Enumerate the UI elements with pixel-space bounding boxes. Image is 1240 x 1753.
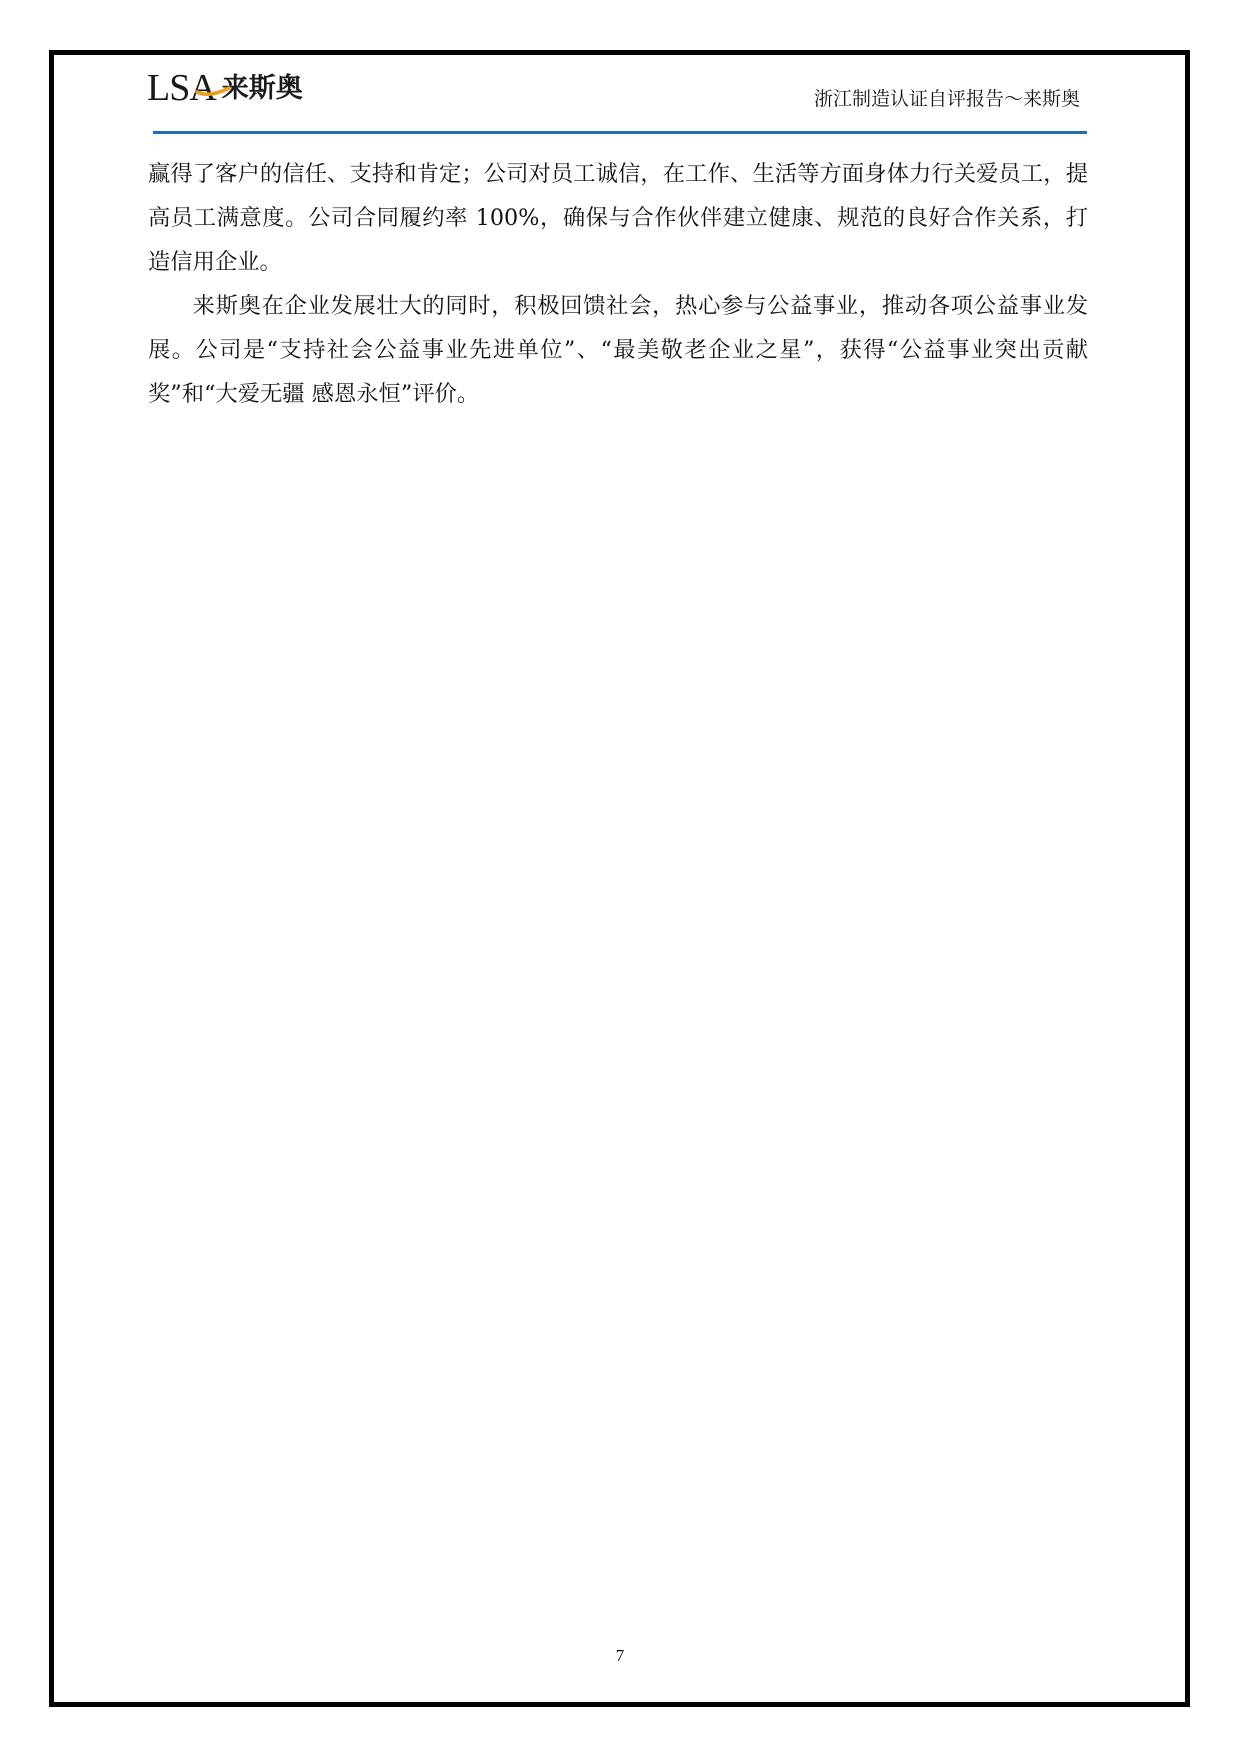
company-logo: LSA 来斯奥 (147, 68, 303, 108)
header-divider (153, 131, 1087, 134)
paragraph-2: 来斯奥在企业发展壮大的同时，积极回馈社会，热心参与公益事业，推动各项公益事业发展… (148, 284, 1088, 416)
document-header-title: 浙江制造认证自评报告～来斯奥 (814, 84, 1080, 111)
page-number: 7 (0, 1646, 1240, 1666)
logo-cjk-text: 来斯奥 (222, 75, 303, 102)
document-body: 赢得了客户的信任、支持和肯定；公司对员工诚信，在工作、生活等方面身体力行关爱员工… (148, 152, 1088, 416)
paragraph-1: 赢得了客户的信任、支持和肯定；公司对员工诚信，在工作、生活等方面身体力行关爱员工… (148, 152, 1088, 284)
logo-swoosh-icon (195, 86, 233, 98)
